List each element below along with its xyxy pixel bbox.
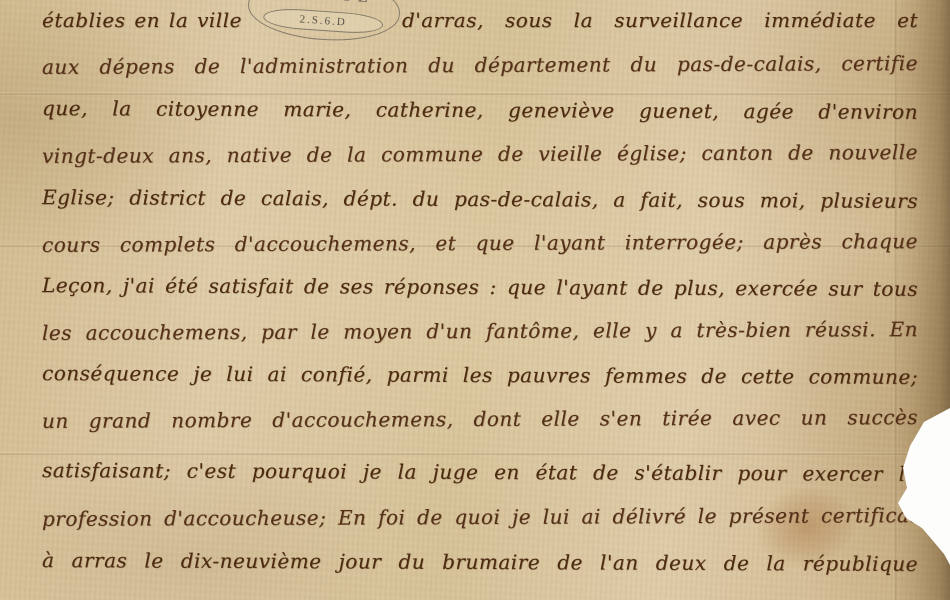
fold-crease bbox=[0, 452, 950, 456]
manuscript-paper: MINUTE 2.S.6.D établies en la ville d'ar… bbox=[0, 0, 950, 600]
manuscript-line-10: un grand nombre d'accouchemens, dont ell… bbox=[42, 405, 918, 445]
scan-background: MINUTE 2.S.6.D établies en la ville d'ar… bbox=[0, 0, 950, 600]
manuscript-line-3: que, la citoyenne marie, catherine, gene… bbox=[42, 96, 918, 136]
manuscript-line-4: vingt-deux ans, native de la commune de … bbox=[42, 140, 918, 180]
manuscript-line-5: Eglise; district de calais, dépt. du pas… bbox=[42, 185, 918, 225]
manuscript-line-7: Leçon, j'ai été satisfait de ses réponse… bbox=[42, 273, 918, 313]
manuscript-line-6: cours complets d'accouchemens, et que l'… bbox=[42, 229, 918, 269]
manuscript-line-8: les accouchemens, par le moyen d'un fant… bbox=[42, 317, 918, 357]
manuscript-line-11: satisfaisant; c'est pourquoi je la juge … bbox=[42, 458, 918, 498]
manuscript-line-9: conséquence je lui ai confié, parmi les … bbox=[42, 361, 918, 401]
line1-before-stamp: établies en la ville bbox=[42, 8, 242, 32]
line1-after-stamp: d'arras, sous la surveillance immédiate … bbox=[402, 8, 918, 32]
manuscript-line-13: à arras le dix-neuvième jour du brumaire… bbox=[42, 548, 918, 588]
manuscript-line-12: profession d'accoucheuse; En foi de quoi… bbox=[42, 503, 918, 543]
fold-crease bbox=[0, 92, 950, 96]
manuscript-line-2: aux dépens de l'administration du départ… bbox=[42, 51, 918, 91]
manuscript-line-1: établies en la ville d'arras, sous la su… bbox=[42, 8, 918, 32]
